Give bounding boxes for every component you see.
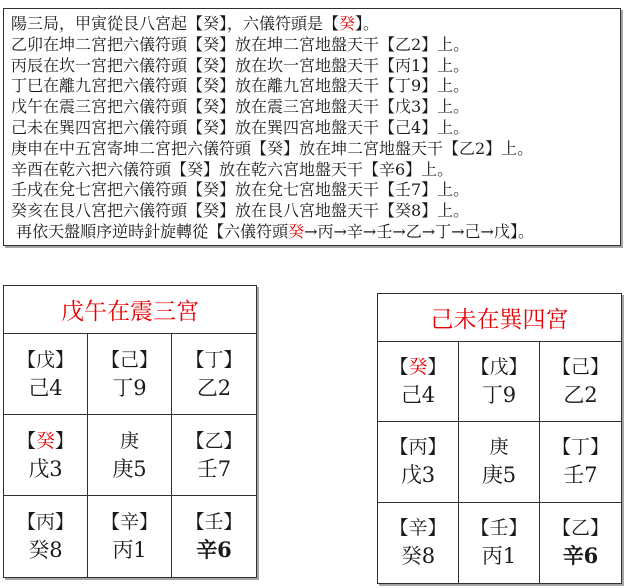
paragraph-line: 丙辰在坎一宮把六儀符頭【癸】放在坎一宮地盤天干【丙1】上。 bbox=[11, 56, 613, 77]
red-highlight-text: 癸 bbox=[288, 222, 304, 241]
palace-cell: 【癸】戊3 bbox=[4, 415, 88, 496]
text-segment: 再依天盤順序逆時針旋轉從【六儀符頭 bbox=[11, 222, 288, 241]
paragraph-line: 己未在巽四宮把六儀符頭【癸】放在巽四宮地盤天干【己4】上。 bbox=[11, 118, 613, 139]
palace-cell: 【戊】丁9 bbox=[459, 342, 540, 422]
cell-earth-stem: 壬7 bbox=[197, 456, 231, 482]
cell-earth-stem: 癸8 bbox=[401, 543, 435, 569]
text-segment: 丁巳在離九宮把六儀符頭【癸】放在離九宮地盤天干【丁9】上。 bbox=[11, 76, 469, 95]
explanation-text-box: 陽三局，甲寅從艮八宮起【癸】，六儀符頭是【癸】。乙卯在坤二宮把六儀符頭【癸】放在… bbox=[3, 8, 621, 246]
paragraph-line: 辛酉在乾六把六儀符頭【癸】放在乾六宮地盤天干【辛6】上。 bbox=[11, 160, 613, 181]
text-segment: 【丙】 bbox=[17, 511, 74, 533]
palace-cell: 【乙】壬7 bbox=[172, 415, 256, 496]
text-segment: 【丁】 bbox=[552, 436, 609, 458]
cell-earth-stem: 癸8 bbox=[28, 537, 62, 563]
cell-heaven-stem: 【辛】 bbox=[101, 510, 158, 535]
cell-earth-stem: 丁9 bbox=[112, 375, 146, 401]
palace-cell: 【丁】乙2 bbox=[172, 334, 256, 415]
text-segment: 壬戌在兌七宮把六儀符頭【癸】放在兌七宮地盤天干【壬7】上。 bbox=[11, 180, 469, 199]
text-segment: 癸亥在艮八宮把六儀符頭【癸】放在艮八宮地盤天干【癸8】上。 bbox=[11, 201, 469, 220]
cell-earth-stem: 戊3 bbox=[401, 462, 435, 488]
red-highlight-text: 癸 bbox=[408, 356, 427, 378]
table-title: 己未在巽四宮 bbox=[378, 294, 621, 342]
cell-heaven-stem: 【辛】 bbox=[389, 516, 446, 541]
cell-heaven-stem: 庚 bbox=[489, 435, 508, 460]
cell-heaven-stem: 【丙】 bbox=[389, 435, 446, 460]
cell-earth-stem: 辛6 bbox=[196, 537, 232, 563]
palace-cell: 【丁】壬7 bbox=[540, 422, 621, 502]
palace-cell: 【辛】丙1 bbox=[88, 496, 172, 577]
cell-earth-stem: 己4 bbox=[401, 382, 435, 408]
text-segment: 乙卯在坤二宮把六儀符頭【癸】放在坤二宮地盤天干【乙2】上。 bbox=[11, 35, 469, 54]
text-segment: 【辛】 bbox=[101, 511, 158, 533]
red-highlight-text: 癸 bbox=[36, 430, 55, 452]
text-segment: 【乙】 bbox=[185, 430, 242, 452]
cell-earth-stem: 庚5 bbox=[482, 462, 516, 488]
text-segment: 【 bbox=[17, 430, 36, 452]
text-segment: 【丁】 bbox=[185, 349, 242, 371]
palace-cell: 【癸】己4 bbox=[378, 342, 459, 422]
text-segment: 【己】 bbox=[552, 356, 609, 378]
palace-table-zhen-3: 戊午在震三宮 【戊】己4【己】丁9【丁】乙2【癸】戊3庚庚5【乙】壬7【丙】癸8… bbox=[3, 285, 257, 578]
text-segment: 庚申在中五宮寄坤二宮把六儀符頭【癸】放在坤二宮地盤天干【乙2】上。 bbox=[11, 139, 533, 158]
paragraph-line: 丁巳在離九宮把六儀符頭【癸】放在離九宮地盤天干【丁9】上。 bbox=[11, 76, 613, 97]
cell-earth-stem: 庚5 bbox=[112, 456, 146, 482]
text-segment: 】 bbox=[55, 430, 74, 452]
palace-cell: 【辛】癸8 bbox=[378, 503, 459, 583]
text-segment: 辛酉在乾六把六儀符頭【癸】放在乾六宮地盤天干【辛6】上。 bbox=[11, 160, 453, 179]
cell-heaven-stem: 【己】 bbox=[552, 355, 609, 380]
text-segment: →丙→辛→壬→乙→丁→己→戊】。 bbox=[304, 222, 534, 241]
paragraph-line: 陽三局，甲寅從艮八宮起【癸】，六儀符頭是【癸】。 bbox=[11, 14, 613, 35]
cell-heaven-stem: 【丙】 bbox=[17, 510, 74, 535]
paragraph-line: 戊午在震三宮把六儀符頭【癸】放在震三宮地盤天干【戊3】上。 bbox=[11, 97, 613, 118]
paragraph-line: 壬戌在兌七宮把六儀符頭【癸】放在兌七宮地盤天干【壬7】上。 bbox=[11, 180, 613, 201]
text-segment: 【丙】 bbox=[389, 436, 446, 458]
palace-cell: 【乙】辛6 bbox=[540, 503, 621, 583]
text-segment: 己未在巽四宮把六儀符頭【癸】放在巽四宮地盤天干【己4】上。 bbox=[11, 118, 469, 137]
palace-table-xun-4: 己未在巽四宮 【癸】己4【戊】丁9【己】乙2【丙】戊3庚庚5【丁】壬7【辛】癸8… bbox=[377, 293, 622, 584]
cell-heaven-stem: 【癸】 bbox=[389, 355, 446, 380]
table-grid: 【戊】己4【己】丁9【丁】乙2【癸】戊3庚庚5【乙】壬7【丙】癸8【辛】丙1【壬… bbox=[4, 334, 256, 577]
text-segment: 【壬】 bbox=[470, 517, 527, 539]
red-highlight-text: 癸 bbox=[339, 14, 355, 33]
cell-heaven-stem: 【戊】 bbox=[470, 355, 527, 380]
paragraph-line: 庚申在中五宮寄坤二宮把六儀符頭【癸】放在坤二宮地盤天干【乙2】上。 bbox=[11, 139, 613, 160]
palace-cell: 【己】乙2 bbox=[540, 342, 621, 422]
text-segment: 【 bbox=[389, 356, 408, 378]
cell-earth-stem: 丙1 bbox=[482, 543, 516, 569]
paragraph-line: 乙卯在坤二宮把六儀符頭【癸】放在坤二宮地盤天干【乙2】上。 bbox=[11, 35, 613, 56]
palace-cell: 【丙】癸8 bbox=[4, 496, 88, 577]
cell-heaven-stem: 【戊】 bbox=[17, 348, 74, 373]
cell-heaven-stem: 【乙】 bbox=[552, 516, 609, 541]
text-segment: 【壬】 bbox=[185, 511, 242, 533]
text-segment: 【戊】 bbox=[470, 356, 527, 378]
paragraph-line: 癸亥在艮八宮把六儀符頭【癸】放在艮八宮地盤天干【癸8】上。 bbox=[11, 201, 613, 222]
palace-cell: 庚庚5 bbox=[459, 422, 540, 502]
text-segment: 戊午在震三宮把六儀符頭【癸】放在震三宮地盤天干【戊3】上。 bbox=[11, 97, 469, 116]
text-segment: 【戊】 bbox=[17, 349, 74, 371]
palace-cell: 【己】丁9 bbox=[88, 334, 172, 415]
cell-earth-stem: 乙2 bbox=[563, 382, 597, 408]
cell-heaven-stem: 【壬】 bbox=[470, 516, 527, 541]
table-title: 戊午在震三宮 bbox=[4, 286, 256, 334]
palace-cell: 【壬】丙1 bbox=[459, 503, 540, 583]
text-segment: 【乙】 bbox=[552, 517, 609, 539]
cell-earth-stem: 己4 bbox=[28, 375, 62, 401]
text-segment: 【辛】 bbox=[389, 517, 446, 539]
cell-earth-stem: 丁9 bbox=[482, 382, 516, 408]
palace-cell: 庚庚5 bbox=[88, 415, 172, 496]
paragraph-line: 再依天盤順序逆時針旋轉從【六儀符頭癸→丙→辛→壬→乙→丁→己→戊】。 bbox=[11, 222, 613, 243]
cell-earth-stem: 戊3 bbox=[28, 456, 62, 482]
text-segment: 丙辰在坎一宮把六儀符頭【癸】放在坎一宮地盤天干【丙1】上。 bbox=[11, 56, 469, 75]
cell-heaven-stem: 【癸】 bbox=[17, 429, 74, 454]
palace-cell: 【丙】戊3 bbox=[378, 422, 459, 502]
text-segment: 】 bbox=[428, 356, 447, 378]
text-segment: 庚 bbox=[489, 436, 508, 458]
text-segment: 】。 bbox=[355, 14, 379, 33]
cell-heaven-stem: 庚 bbox=[120, 429, 139, 454]
table-grid: 【癸】己4【戊】丁9【己】乙2【丙】戊3庚庚5【丁】壬7【辛】癸8【壬】丙1【乙… bbox=[378, 342, 621, 583]
text-segment: 庚 bbox=[120, 430, 139, 452]
cell-earth-stem: 辛6 bbox=[563, 543, 599, 569]
cell-earth-stem: 壬7 bbox=[563, 462, 597, 488]
palace-cell: 【戊】己4 bbox=[4, 334, 88, 415]
cell-heaven-stem: 【丁】 bbox=[185, 348, 242, 373]
cell-heaven-stem: 【己】 bbox=[101, 348, 158, 373]
cell-heaven-stem: 【乙】 bbox=[185, 429, 242, 454]
cell-earth-stem: 乙2 bbox=[197, 375, 231, 401]
palace-cell: 【壬】辛6 bbox=[172, 496, 256, 577]
paragraph: 陽三局，甲寅從艮八宮起【癸】，六儀符頭是【癸】。乙卯在坤二宮把六儀符頭【癸】放在… bbox=[11, 14, 613, 243]
cell-heaven-stem: 【壬】 bbox=[185, 510, 242, 535]
text-segment: 陽三局，甲寅從艮八宮起【癸】，六儀符頭是【 bbox=[11, 14, 339, 33]
text-segment: 【己】 bbox=[101, 349, 158, 371]
cell-heaven-stem: 【丁】 bbox=[552, 435, 609, 460]
cell-earth-stem: 丙1 bbox=[112, 537, 146, 563]
